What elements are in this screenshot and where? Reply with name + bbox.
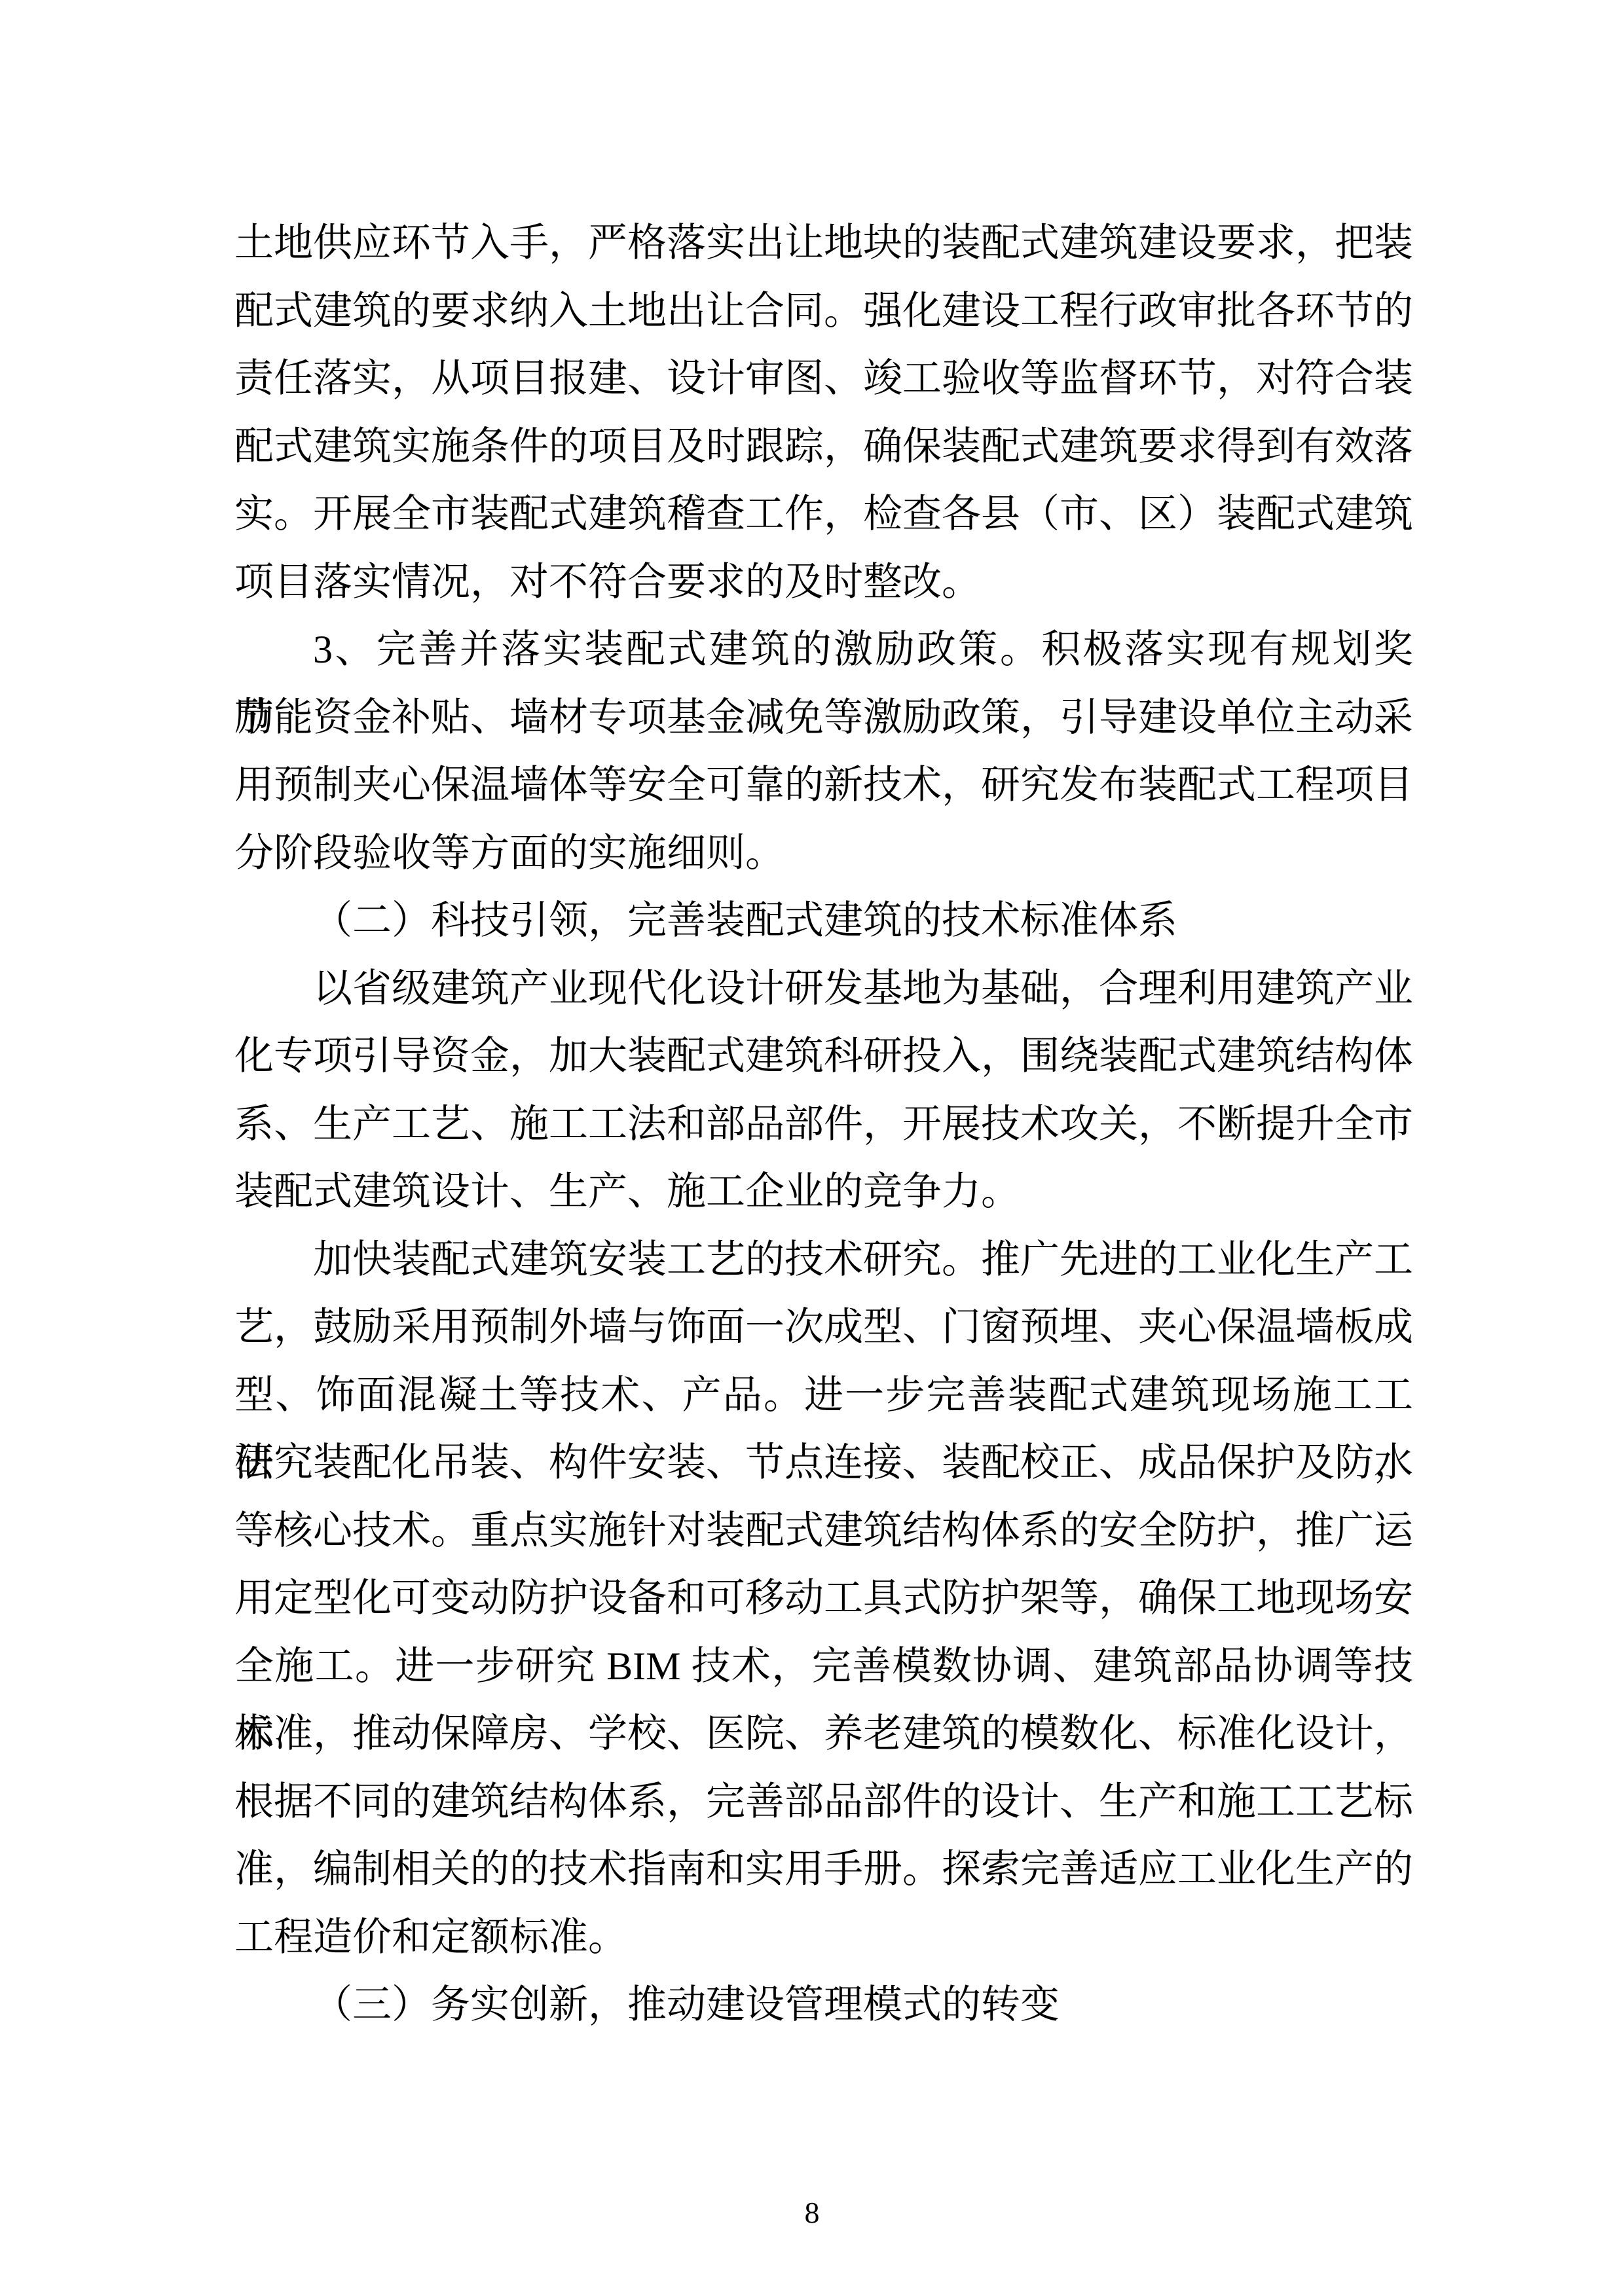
text-line: 加快装配式建筑安装工艺的技术研究。推广先进的工业化生产工 xyxy=(234,1226,1413,1294)
text-line: 项目落实情况，对不符合要求的及时整改。 xyxy=(234,549,1413,617)
text-line: 分阶段验收等方面的实施细则。 xyxy=(234,820,1413,888)
text-line: 节能资金补贴、墙材专项基金减免等激励政策，引导建设单位主动采 xyxy=(234,684,1413,752)
text-line: 土地供应环节入手，严格落实出让地块的装配式建筑建设要求，把装 xyxy=(234,210,1413,278)
text-line: 型、饰面混凝土等技术、产品。进一步完善装配式建筑现场施工工法， xyxy=(234,1362,1413,1430)
text-line: 用定型化可变动防护设备和可移动工具式防护架等，确保工地现场安 xyxy=(234,1565,1413,1633)
text-line: 艺，鼓励采用预制外墙与饰面一次成型、门窗预埋、夹心保温墙板成 xyxy=(234,1294,1413,1362)
text-line: 全施工。进一步研究 BIM 技术，完善模数协调、建筑部品协调等技术 xyxy=(234,1633,1413,1701)
section-heading: （二）科技引领，完善装配式建筑的技术标准体系 xyxy=(234,887,1413,955)
text-line: 配式建筑的要求纳入土地出让合同。强化建设工程行政审批各环节的 xyxy=(234,278,1413,346)
text-line: 3、完善并落实装配式建筑的激励政策。积极落实现有规划奖励、 xyxy=(234,616,1413,684)
section-heading: （三）务实创新，推动建设管理模式的转变 xyxy=(234,1971,1413,2039)
text-line: 实。开展全市装配式建筑稽查工作，检查各县（市、区）装配式建筑 xyxy=(234,481,1413,549)
page-number: 8 xyxy=(0,2190,1624,2236)
text-line: 根据不同的建筑结构体系，完善部品部件的设计、生产和施工工艺标 xyxy=(234,1768,1413,1836)
text-line: 配式建筑实施条件的项目及时跟踪，确保装配式建筑要求得到有效落 xyxy=(234,413,1413,481)
text-line: 工程造价和定额标准。 xyxy=(234,1904,1413,1972)
text-line: 准，编制相关的的技术指南和实用手册。探索完善适应工业化生产的 xyxy=(234,1836,1413,1904)
text-line: 标准，推动保障房、学校、医院、养老建筑的模数化、标准化设计， xyxy=(234,1700,1413,1768)
text-line: 研究装配化吊装、构件安装、节点连接、装配校正、成品保护及防水 xyxy=(234,1429,1413,1497)
text-line: 责任落实，从项目报建、设计审图、竣工验收等监督环节，对符合装 xyxy=(234,345,1413,413)
text-line: 以省级建筑产业现代化设计研发基地为基础，合理利用建筑产业 xyxy=(234,955,1413,1023)
text-line: 装配式建筑设计、生产、施工企业的竞争力。 xyxy=(234,1158,1413,1226)
text-line: 用预制夹心保温墙体等安全可靠的新技术，研究发布装配式工程项目 xyxy=(234,752,1413,820)
document-body: 土地供应环节入手，严格落实出让地块的装配式建筑建设要求，把装 配式建筑的要求纳入… xyxy=(234,210,1413,2039)
text-line: 等核心技术。重点实施针对装配式建筑结构体系的安全防护，推广运 xyxy=(234,1497,1413,1565)
text-line: 化专项引导资金，加大装配式建筑科研投入，围绕装配式建筑结构体 xyxy=(234,1023,1413,1091)
document-page: 土地供应环节入手，严格落实出让地块的装配式建筑建设要求，把装 配式建筑的要求纳入… xyxy=(0,0,1624,2296)
text-line: 系、生产工艺、施工工法和部品部件，开展技术攻关，不断提升全市 xyxy=(234,1091,1413,1159)
